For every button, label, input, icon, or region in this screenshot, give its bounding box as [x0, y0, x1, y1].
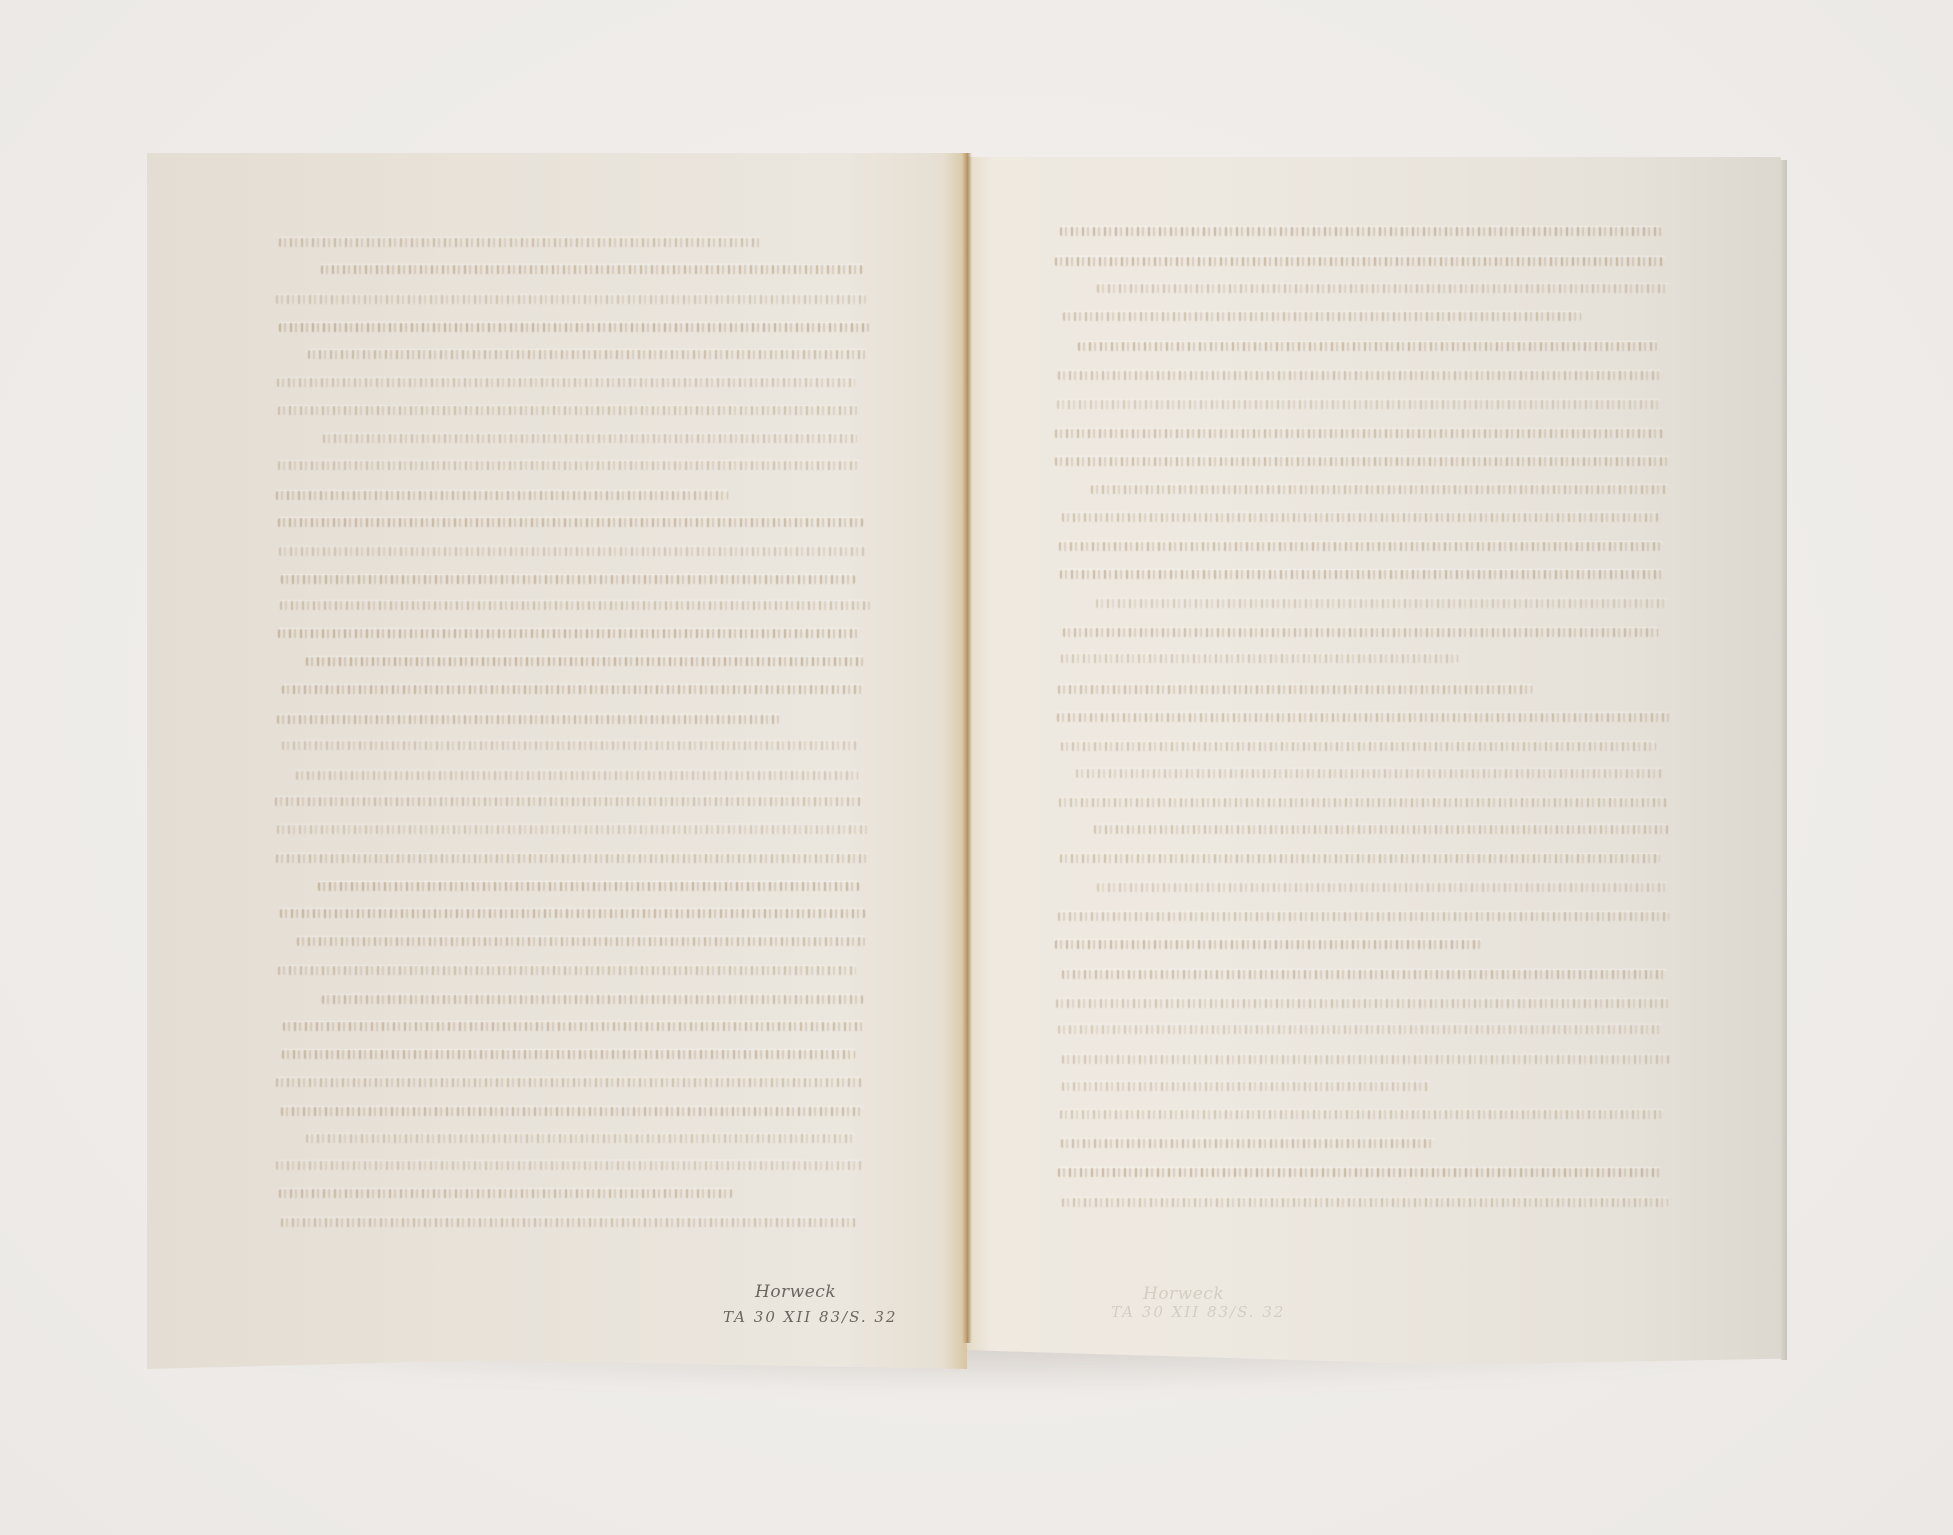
embossed-line	[1062, 513, 1658, 522]
embossed-line	[276, 295, 867, 304]
embossed-line	[278, 629, 859, 638]
embossed-line	[306, 657, 864, 666]
embossed-line	[306, 1134, 855, 1143]
embossed-line	[278, 406, 859, 415]
embossed-line	[276, 1161, 862, 1170]
embossed-line	[278, 966, 856, 975]
embossed-line	[283, 1022, 864, 1031]
embossed-line	[277, 715, 779, 724]
embossed-line	[1059, 542, 1663, 551]
page-stack-edge	[1781, 160, 1787, 1360]
embossed-line	[277, 378, 855, 387]
embossed-line	[1058, 1168, 1660, 1177]
embossed-line	[1061, 654, 1458, 663]
embossed-line	[275, 797, 862, 806]
embossed-line	[1055, 940, 1482, 949]
embossed-line	[280, 909, 864, 918]
embossed-line	[279, 238, 761, 247]
embossed-line	[1097, 883, 1667, 892]
right-page	[967, 157, 1781, 1377]
embossed-line	[1076, 769, 1662, 778]
embossed-line	[1062, 970, 1668, 979]
embossed-line	[1061, 1139, 1435, 1148]
embossed-line	[1097, 284, 1669, 293]
embossed-line	[1094, 825, 1670, 834]
embossed-line	[1055, 257, 1665, 266]
embossed-line	[308, 350, 867, 359]
embossed-line	[277, 825, 868, 834]
show-through-reference: TA 30 XII 83/S. 32	[1111, 1303, 1285, 1321]
embossed-line	[1057, 713, 1670, 722]
embossed-line	[280, 601, 870, 610]
embossed-line	[1058, 685, 1532, 694]
embossed-line	[281, 575, 855, 584]
embossed-line	[279, 323, 869, 332]
embossed-line	[1058, 371, 1660, 380]
embossed-line	[1091, 485, 1669, 494]
embossed-line	[281, 1107, 863, 1116]
embossed-line	[278, 461, 860, 470]
embossed-line	[282, 1050, 855, 1059]
embossed-line	[282, 741, 858, 750]
embossed-line	[1060, 1110, 1664, 1119]
embossed-line	[282, 685, 863, 694]
embossed-line	[279, 1189, 732, 1198]
embossed-line	[1058, 1025, 1662, 1034]
embossed-line	[321, 265, 863, 274]
embossed-line	[1062, 1082, 1430, 1091]
left-page	[147, 153, 967, 1369]
embossed-line	[1055, 457, 1669, 466]
embossed-line	[1078, 342, 1657, 351]
embossed-line	[318, 882, 859, 891]
embossed-line	[1058, 912, 1668, 921]
embossed-line	[276, 491, 728, 500]
embossed-line	[1062, 1198, 1668, 1207]
embossed-line	[1062, 1055, 1669, 1064]
embossed-line	[1063, 628, 1659, 637]
embossed-line	[1055, 429, 1664, 438]
pencil-reference: TA 30 XII 83/S. 32	[723, 1308, 897, 1326]
embossed-line	[276, 854, 869, 863]
embossed-line	[278, 518, 863, 527]
embossed-line	[1059, 798, 1667, 807]
embossed-line	[297, 937, 865, 946]
embossed-line	[281, 1218, 856, 1227]
show-through-signature: Horweck	[1143, 1284, 1224, 1304]
embossed-line	[1063, 312, 1581, 321]
embossed-line	[1060, 570, 1662, 579]
book-gutter	[962, 153, 972, 1343]
embossed-line	[276, 1078, 862, 1087]
embossed-line	[1057, 400, 1660, 409]
embossed-line	[1096, 599, 1668, 608]
embossed-line	[1056, 999, 1669, 1008]
embossed-line	[1061, 742, 1656, 751]
embossed-line	[1060, 854, 1661, 863]
embossed-line	[1060, 227, 1662, 236]
embossed-line	[322, 995, 863, 1004]
pencil-signature: Horweck	[755, 1282, 836, 1302]
embossed-line	[279, 547, 867, 556]
embossed-line	[296, 771, 858, 780]
embossed-line	[323, 434, 857, 443]
